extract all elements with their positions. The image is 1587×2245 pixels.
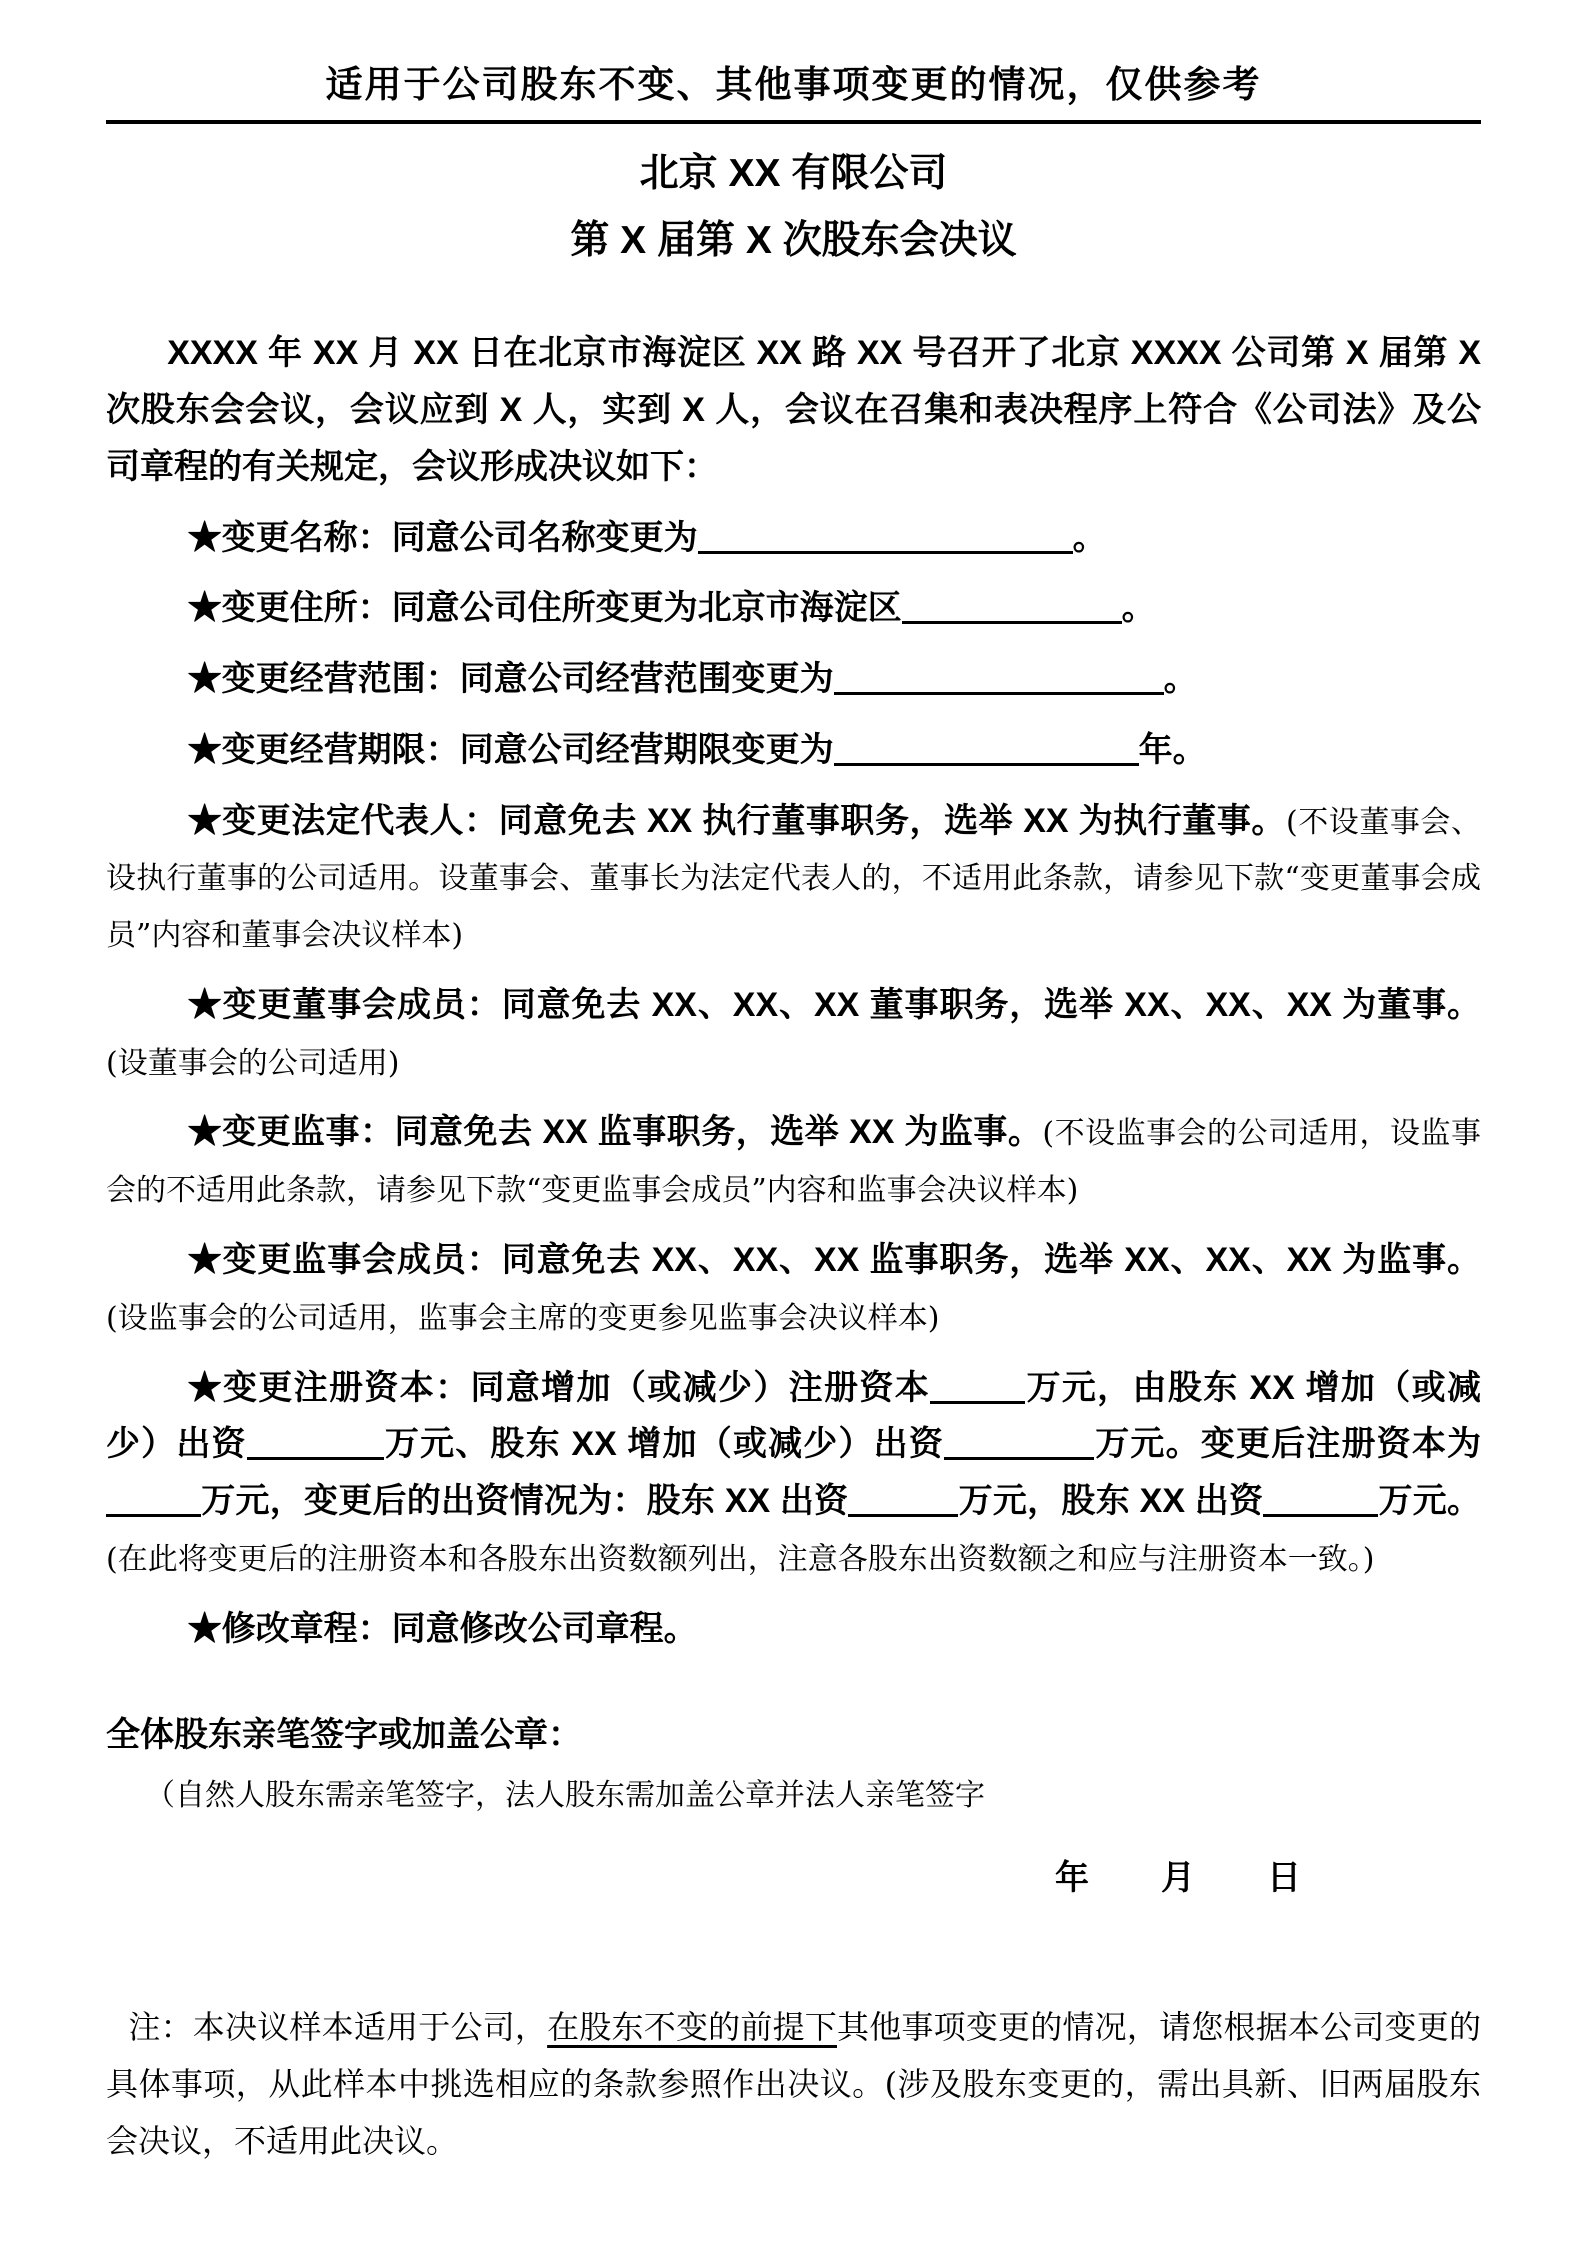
header-rule (106, 120, 1481, 124)
fill-in-blank (834, 692, 1164, 695)
fill-in-blank (902, 621, 1122, 624)
date-line: 年月日 (106, 1850, 1481, 1907)
resolution-items: ★变更名称：同意公司名称变更为。★变更住所：同意公司住所变更为北京市海淀区。★变… (106, 510, 1481, 1658)
item-text: 。 (1122, 589, 1156, 627)
item-text: 万元，股东 XX 出资 (958, 1482, 1263, 1520)
item-text: 万元，变更后的出资情况为：股东 XX 出资 (201, 1482, 848, 1520)
fill-in-blank (848, 1514, 958, 1517)
footnote: 注：本决议样本适用于公司，在股东不变的前提下其他事项变更的情况，请您根据本公司变… (106, 1999, 1481, 2170)
resolution-item: ★变更经营期限：同意公司经营期限变更为年。 (106, 722, 1481, 779)
resolution-item: ★变更董事会成员：同意免去 XX、XX、XX 董事职务，选举 XX、XX、XX … (106, 977, 1481, 1091)
item-text: 万元。变更后注册资本为 (1094, 1425, 1481, 1463)
date-year: 年 (1055, 1859, 1089, 1897)
resolution-item: ★变更注册资本：同意增加（或减少）注册资本万元，由股东 XX 增加（或减少）出资… (106, 1360, 1481, 1587)
item-annotation: (在此将变更后的注册资本和各股东出资数额列出，注意各股东出资数额之和应与注册资本… (106, 1542, 1374, 1577)
item-text: ★变更经营期限：同意公司经营期限变更为 (188, 731, 834, 769)
item-text: 万元。 (1378, 1482, 1481, 1520)
item-text: 。 (1073, 519, 1107, 557)
date-month: 月 (1161, 1859, 1195, 1897)
intro-paragraph: XXXX 年 XX 月 XX 日在北京市海淀区 XX 路 XX 号召开了北京 X… (106, 325, 1481, 495)
item-text: ★变更监事：同意免去 XX 监事职务，选举 XX 为监事。 (188, 1113, 1043, 1151)
item-text: ★变更名称：同意公司名称变更为 (188, 519, 698, 557)
resolution-item: ★变更监事：同意免去 XX 监事职务，选举 XX 为监事。(不设监事会的公司适用… (106, 1104, 1481, 1218)
item-text: 年。 (1139, 731, 1207, 769)
resolution-item: ★变更经营范围：同意公司经营范围变更为。 (106, 651, 1481, 708)
underlined-text: 在股东不变的前提下 (547, 2008, 837, 2046)
resolution-subtitle: 第 X 届第 X 次股东会决议 (106, 215, 1481, 268)
item-text: ★变更监事会成员：同意免去 XX、XX、XX 监事职务，选举 XX、XX、XX … (188, 1241, 1481, 1279)
fill-in-blank (834, 763, 1139, 766)
company-title: 北京 XX 有限公司 (106, 148, 1481, 201)
fill-in-blank (944, 1457, 1094, 1460)
item-text: ★变更注册资本：同意增加（或减少）注册资本 (188, 1369, 931, 1407)
resolution-item: ★变更法定代表人：同意免去 XX 执行董事职务，选举 XX 为执行董事。(不设董… (106, 793, 1481, 963)
resolution-item: ★修改章程：同意修改公司章程。 (106, 1601, 1481, 1658)
signature-note: （自然人股东需亲笔签字，法人股东需加盖公章并法人亲笔签字 (106, 1772, 1481, 1820)
item-text: ★变更住所：同意公司住所变更为北京市海淀区 (188, 589, 902, 627)
fill-in-blank (1263, 1514, 1378, 1517)
resolution-item: ★变更名称：同意公司名称变更为。 (106, 510, 1481, 567)
item-annotation: (设监事会的公司适用，监事会主席的变更参见监事会决议样本) (106, 1301, 939, 1336)
fill-in-blank (930, 1401, 1025, 1404)
item-text: ★变更法定代表人：同意免去 XX 执行董事职务，选举 XX 为执行董事。 (188, 802, 1286, 840)
item-text: ★修改章程：同意修改公司章程。 (188, 1610, 698, 1648)
item-text: 万元、股东 XX 增加（或减少）出资 (384, 1425, 944, 1463)
fill-in-blank (106, 1514, 201, 1517)
item-text: 。 (1164, 660, 1198, 698)
item-text: ★变更董事会成员：同意免去 XX、XX、XX 董事职务，选举 XX、XX、XX … (188, 986, 1481, 1024)
resolution-item: ★变更住所：同意公司住所变更为北京市海淀区。 (106, 580, 1481, 637)
document-page: 适用于公司股东不变、其他事项变更的情况，仅供参考 北京 XX 有限公司 第 X … (0, 0, 1587, 2245)
item-text: ★变更经营范围：同意公司经营范围变更为 (188, 660, 834, 698)
item-annotation: (设董事会的公司适用) (106, 1046, 399, 1081)
date-day: 日 (1267, 1859, 1301, 1897)
fill-in-blank (247, 1457, 384, 1460)
item-text: 注：本决议样本适用于公司， (128, 2008, 547, 2046)
applicability-notice: 适用于公司股东不变、其他事项变更的情况，仅供参考 (106, 54, 1481, 108)
signature-heading: 全体股东亲笔签字或加盖公章： (106, 1707, 1481, 1764)
fill-in-blank (698, 551, 1073, 554)
resolution-item: ★变更监事会成员：同意免去 XX、XX、XX 监事职务，选举 XX、XX、XX … (106, 1232, 1481, 1346)
